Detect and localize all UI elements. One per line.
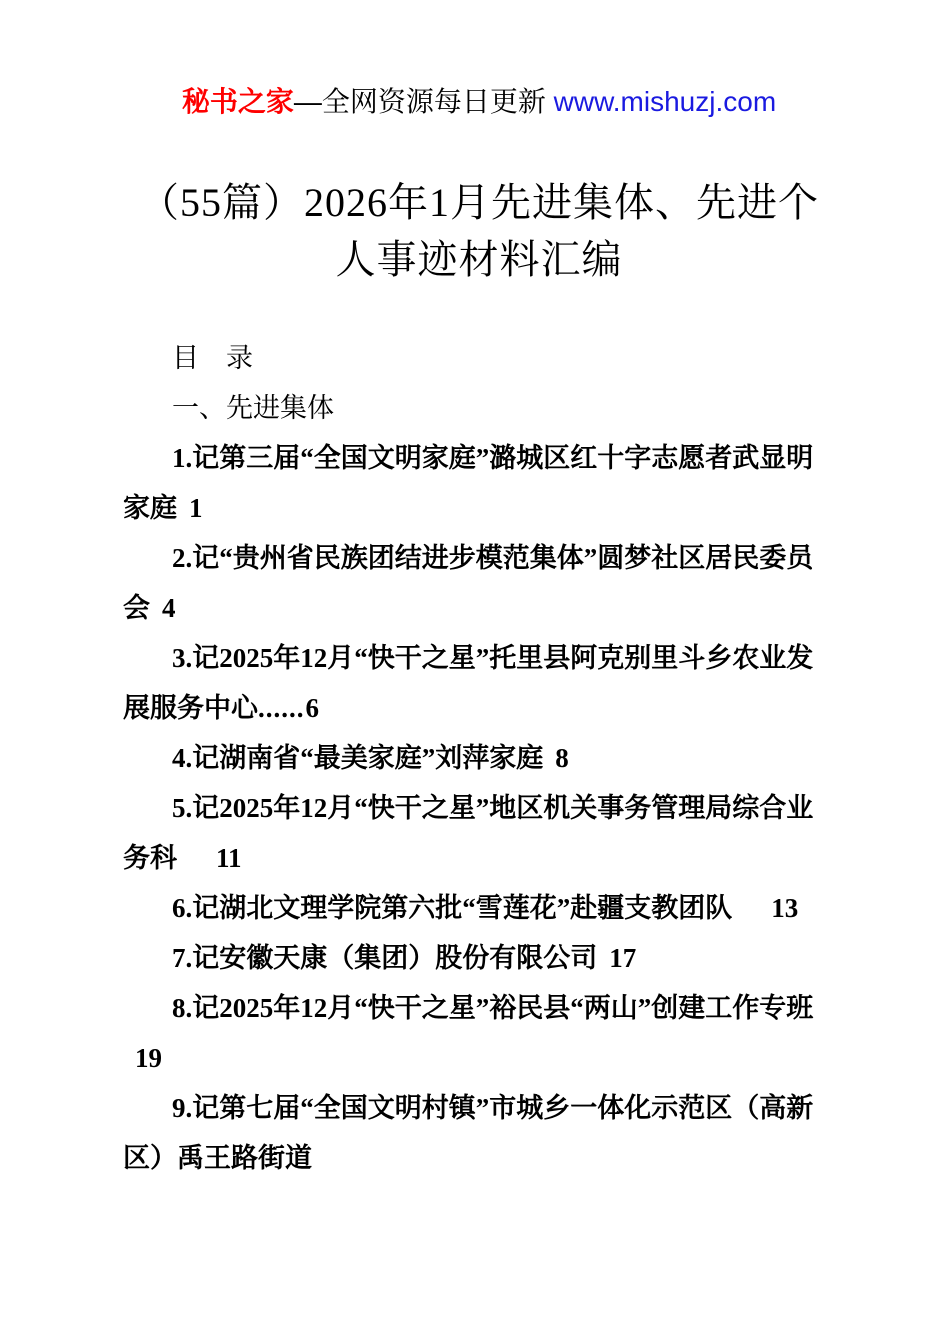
toc-heading: 目 录 [123, 333, 835, 383]
toc-page-number: 19 [135, 1043, 162, 1073]
brand-separator-dash: — [294, 86, 322, 117]
toc-entry-text: 4.记湖南省“最美家庭”刘萍家庭 [172, 743, 543, 773]
document-content: 秘书之家—全网资源每日更新 www.mishuzj.com （55篇）2026年… [123, 0, 835, 1183]
toc-section-advanced-collectives: 一、先进集体 [123, 383, 835, 433]
toc-page-number: 8 [555, 743, 569, 773]
toc-entry-6: 6.记湖北文理学院第六批“雪莲花”赴疆支教团队 13 [123, 883, 835, 933]
toc-entry-1: 1.记第三届“全国文明家庭”潞城区红十字志愿者武显明家庭1 [123, 433, 835, 533]
toc-entry-text: 8.记2025年12月“快干之星”裕民县“两山”创建工作专班 [172, 993, 813, 1023]
toc-page-number: 6 [306, 693, 320, 723]
toc-entry-text: 9.记第七届“全国文明村镇”市城乡一体化示范区（高新区）禹王路街道 [123, 1093, 813, 1173]
site-header-banner: 秘书之家—全网资源每日更新 www.mishuzj.com [123, 0, 835, 120]
table-of-contents: 目 录 一、先进集体 1.记第三届“全国文明家庭”潞城区红十字志愿者武显明家庭1… [123, 333, 835, 1183]
toc-entry-text: 7.记安徽天康（集团）股份有限公司 [172, 943, 597, 973]
toc-entry-4: 4.记湖南省“最美家庭”刘萍家庭8 [123, 733, 835, 783]
toc-entry-2: 2.记“贵州省民族团结进步模范集体”圆梦社区居民委员会4 [123, 533, 835, 633]
toc-entry-7: 7.记安徽天康（集团）股份有限公司17 [123, 933, 835, 983]
toc-page-number: 13 [744, 893, 798, 923]
document-page: 秘书之家—全网资源每日更新 www.mishuzj.com （55篇）2026年… [0, 0, 950, 1344]
toc-entry-9: 9.记第七届“全国文明村镇”市城乡一体化示范区（高新区）禹王路街道 [123, 1083, 835, 1183]
toc-entry-5: 5.记2025年12月“快干之星”地区机关事务管理局综合业务科 11 [123, 783, 835, 883]
toc-entry-text: 6.记湖北文理学院第六批“雪莲花”赴疆支教团队 [172, 893, 732, 923]
toc-page-number: 4 [162, 593, 176, 623]
toc-entry-text: 1.记第三届“全国文明家庭”潞城区红十字志愿者武显明家庭 [123, 443, 813, 523]
toc-entry-8: 8.记2025年12月“快干之星”裕民县“两山”创建工作专班19 [123, 983, 835, 1083]
toc-entry-text: 3.记2025年12月“快干之星”托里县阿克别里斗乡农业发展服务中心 [123, 643, 813, 723]
toc-entry-text: 2.记“贵州省民族团结进步模范集体”圆梦社区居民委员会 [123, 543, 813, 623]
toc-page-number: 1 [189, 493, 203, 523]
toc-leader-dots: ...... [258, 693, 305, 723]
site-tagline: 全网资源每日更新 [322, 86, 554, 117]
document-title: （55篇）2026年1月先进集体、先进个人事迹材料汇编 [134, 174, 824, 288]
site-brand: 秘书之家 [182, 86, 294, 117]
site-url-link[interactable]: www.mishuzj.com [554, 86, 776, 117]
toc-entry-3: 3.记2025年12月“快干之星”托里县阿克别里斗乡农业发展服务中心......… [123, 633, 835, 733]
toc-page-number: 17 [609, 943, 636, 973]
toc-page-number: 11 [189, 843, 242, 873]
